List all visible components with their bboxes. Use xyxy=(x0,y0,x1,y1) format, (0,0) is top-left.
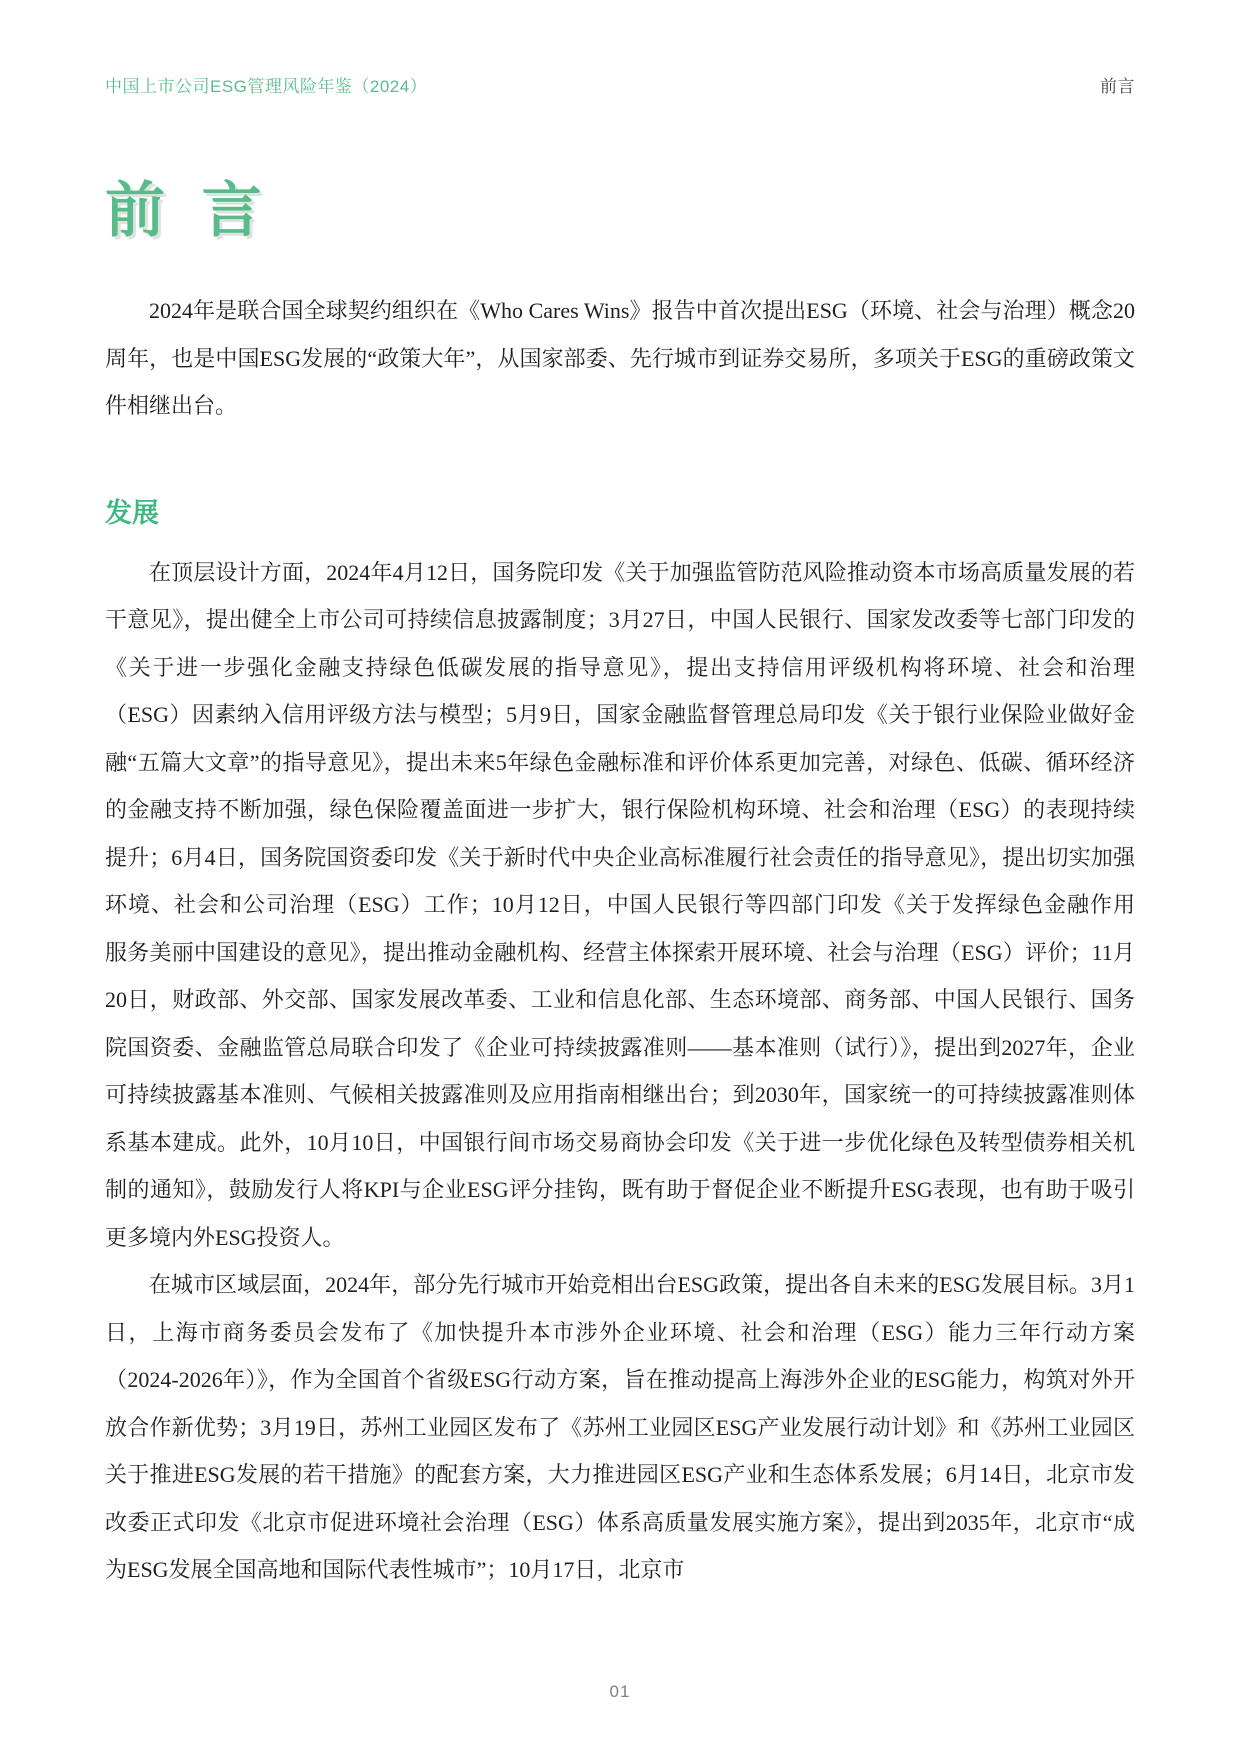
page-header: 中国上市公司ESG管理风险年鉴（2024） 前言 xyxy=(105,72,1135,97)
page-title: 前 言 xyxy=(105,181,1135,241)
page-content: 中国上市公司ESG管理风险年鉴（2024） 前言 前 言 2024年是联合国全球… xyxy=(105,0,1135,1594)
header-book-title: 中国上市公司ESG管理风险年鉴（2024） xyxy=(105,72,427,97)
header-section-label: 前言 xyxy=(1100,72,1135,97)
document-page: 中国上市公司ESG管理风险年鉴（2024） 前言 前 言 2024年是联合国全球… xyxy=(0,0,1240,1754)
intro-paragraph: 2024年是联合国全球契约组织在《Who Cares Wins》报告中首次提出E… xyxy=(105,287,1135,430)
section-heading-development: 发展 xyxy=(105,500,1135,527)
page-number: 01 xyxy=(0,1682,1240,1702)
development-paragraph-policy: 在顶层设计方面，2024年4月12日，国务院印发《关于加强监管防范风险推动资本市… xyxy=(105,549,1135,1262)
development-paragraph-cities: 在城市区域层面，2024年，部分先行城市开始竞相出台ESG政策，提出各自未来的E… xyxy=(105,1261,1135,1594)
